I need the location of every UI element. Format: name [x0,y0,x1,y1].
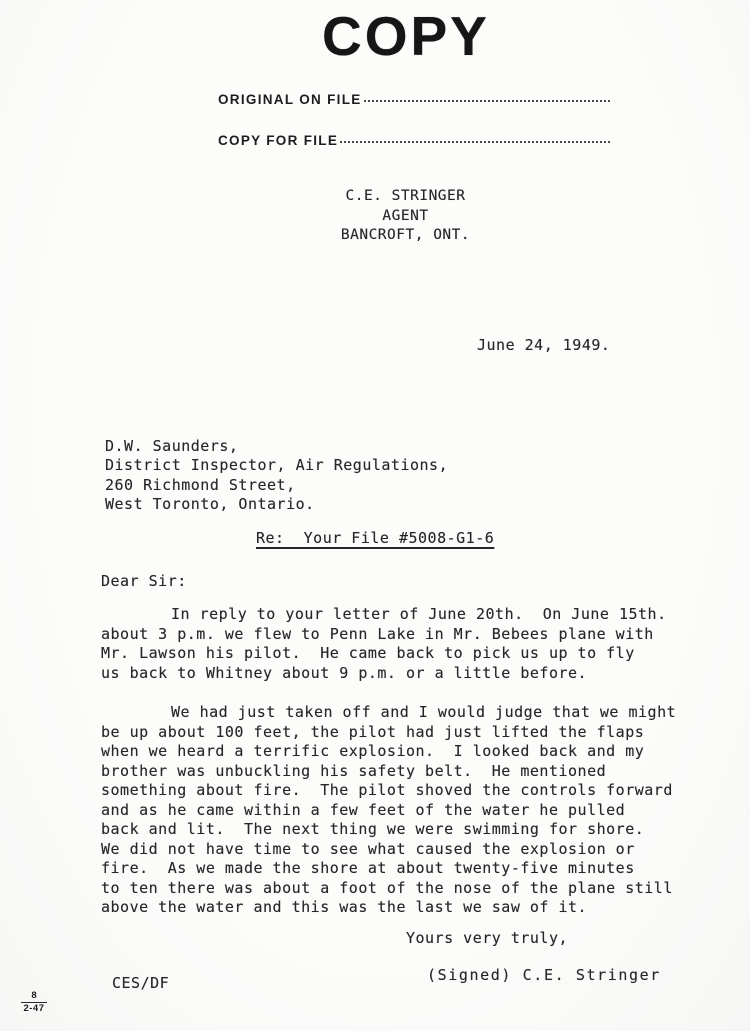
dotted-line [340,140,610,143]
original-on-file-row: ORIGINAL ON FILE [218,92,610,107]
copy-stamp: COPY [322,4,490,68]
sender-letterhead: C.E. STRINGER AGENT BANCROFT, ONT. [318,187,493,246]
form-number-bottom: 2-47 [16,1003,52,1014]
recipient-address: D.W. Saunders, District Inspector, Air R… [105,437,448,514]
copy-for-file-row: COPY FOR FILE [218,133,610,148]
dotted-line [364,99,610,102]
signature-line: (Signed) C.E. Stringer [427,966,661,984]
closing: Yours very truly, [406,929,568,947]
original-on-file-label: ORIGINAL ON FILE [218,92,362,107]
letter-page: COPY ORIGINAL ON FILE COPY FOR FILE C.E.… [0,0,750,1031]
form-number-top: 8 [21,990,47,1003]
form-number: 8 2-47 [16,990,52,1014]
typist-initials: CES/DF [112,974,169,992]
body-paragraph-1: In reply to your letter of June 20th. On… [101,605,746,683]
date-line: June 24, 1949. [477,336,610,354]
copy-for-file-label: COPY FOR FILE [218,133,338,148]
salutation: Dear Sir: [101,572,187,590]
body-paragraph-2: We had just taken off and I would judge … [101,703,746,918]
subject-line: Re: Your File #5008-G1-6 [256,529,494,547]
